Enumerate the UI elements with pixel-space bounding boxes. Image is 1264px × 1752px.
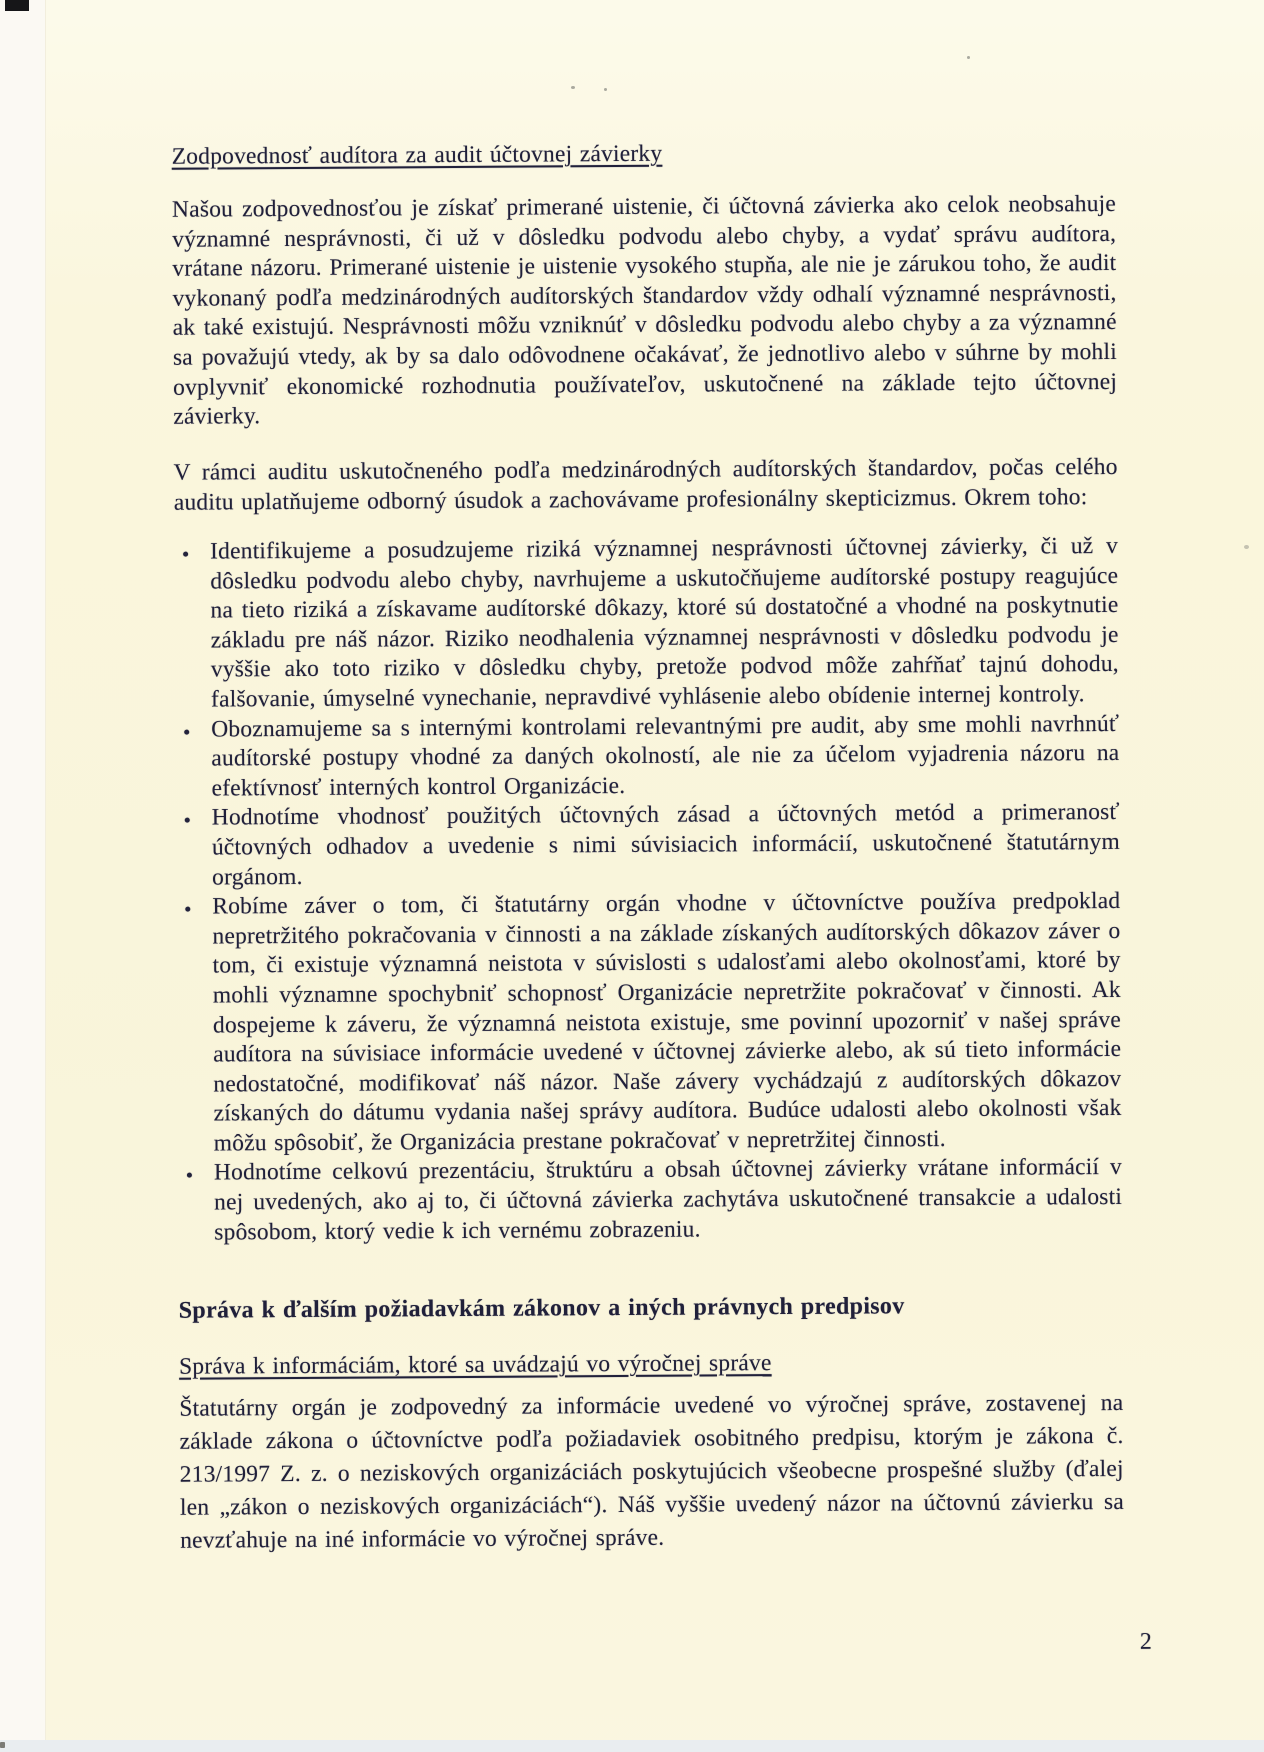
paragraph-annual-report: Štatutárny orgán je zodpovedný za inform… [179, 1387, 1124, 1558]
bullet-list-container: Identifikujeme a posudzujeme riziká význ… [174, 532, 1122, 1248]
bullet-list: Identifikujeme a posudzujeme riziká význ… [174, 532, 1122, 1248]
bullet-item-identify-risks: Identifikujeme a posudzujeme riziká význ… [210, 532, 1119, 715]
bullet-item-going-concern: Robíme záver o tom, či štatutárny orgán … [212, 887, 1122, 1159]
paragraph-responsibility: Našou zodpovednosťou je získať primerané… [172, 190, 1117, 433]
scanned-document-page: Zodpovednosť audítora za audit účtovnej … [0, 0, 1264, 1752]
section-heading-auditor-responsibility: Zodpovednosť audítora za audit účtovnej … [172, 137, 1116, 172]
bullet-item-accounting-policies: Hodnotíme vhodnosť použitých účtovných z… [212, 798, 1121, 892]
section-heading-other-legal-requirements: Správa k ďalším požiadavkám zákonov a in… [179, 1291, 1123, 1326]
bullet-item-internal-controls: Oboznamujeme sa s internými kontrolami r… [211, 710, 1120, 804]
page-text-layer: Zodpovednosť audítora za audit účtovnej … [0, 0, 1264, 1752]
subheading-annual-report-information: Správa k informáciám, ktoré sa uvádzajú … [179, 1347, 1123, 1382]
page-number: 2 [1131, 1629, 1161, 1656]
bullet-item-overall-presentation: Hodnotíme celkovú prezentáciu, štruktúru… [214, 1153, 1123, 1247]
paragraph-audit-scope-intro: V rámci auditu uskutočneného podľa medzi… [174, 453, 1118, 518]
scan-speck [0, 1742, 5, 1748]
